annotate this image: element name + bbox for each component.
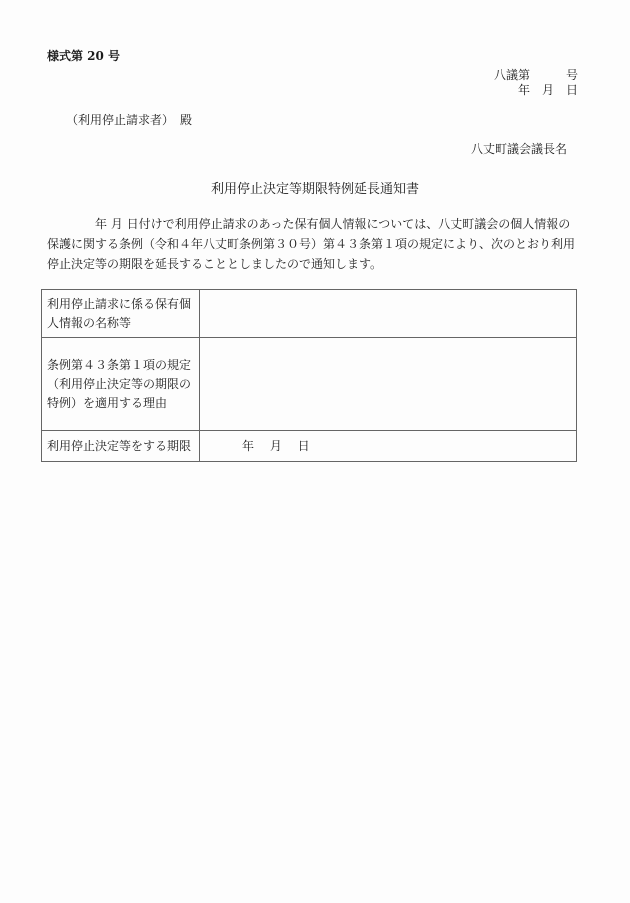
body-text: 年 月 日付けで利用停止請求のあった保有個人情報については、八丈町議会の個人情報… xyxy=(47,214,581,274)
table-row: 条例第４３条第１項の規定（利用停止決定等の期限の特例）を適用する理由 xyxy=(42,338,577,431)
document-date: 年 月 日 xyxy=(518,81,578,98)
document-title: 利用停止決定等期限特例延長通知書 xyxy=(0,178,630,197)
row-label-deadline: 利用停止決定等をする期限 xyxy=(42,431,200,462)
table-row: 利用停止決定等をする期限 年 月 日 xyxy=(42,431,577,462)
row-value-info-name xyxy=(200,290,577,338)
table-row: 利用停止請求に係る保有個人情報の名称等 xyxy=(42,290,577,338)
form-number: 様式第 20 号 xyxy=(47,47,120,64)
row-value-deadline: 年 月 日 xyxy=(200,431,577,462)
info-table: 利用停止請求に係る保有個人情報の名称等 条例第４３条第１項の規定（利用停止決定等… xyxy=(41,289,577,462)
row-label-reason: 条例第４３条第１項の規定（利用停止決定等の期限の特例）を適用する理由 xyxy=(42,338,200,431)
sender-name: 八丈町議会議長名 xyxy=(471,140,567,157)
addressee: （利用停止請求者） 殿 xyxy=(66,111,192,128)
row-label-info-name: 利用停止請求に係る保有個人情報の名称等 xyxy=(42,290,200,338)
row-value-reason xyxy=(200,338,577,431)
